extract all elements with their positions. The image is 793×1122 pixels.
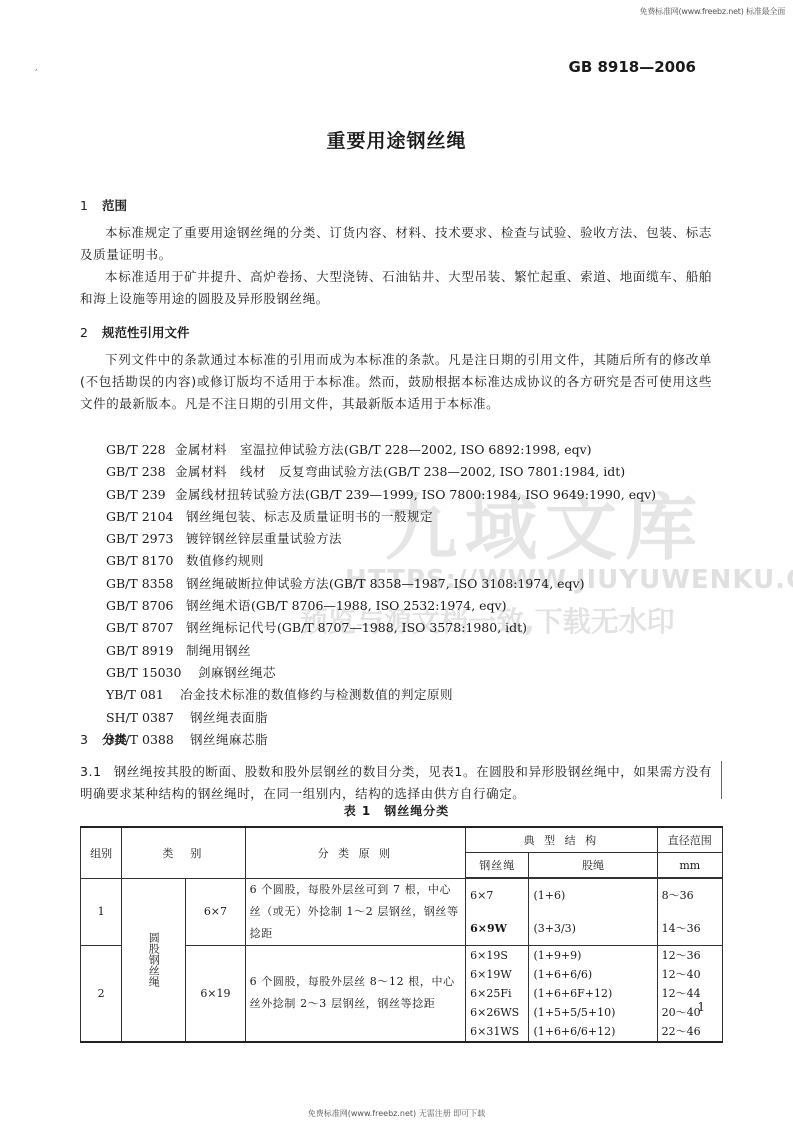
- section-number: 2: [80, 325, 102, 340]
- reference-code: GB/T 238: [106, 461, 175, 483]
- section-2-intro: 下列文件中的条款通过本标准的引用而成为本标准的条款。凡是注日期的引用文件，其随后…: [80, 349, 712, 415]
- reference-note: (GB/T 228—2002, ISO 6892:1998, eqv): [344, 442, 592, 457]
- cell-principle: 6 个圆股，每股外层丝可到 7 根，中心丝（或无）外捻制 1～2 层钢丝，钢丝等…: [245, 878, 466, 945]
- header-principle: 分 类 原 则: [245, 827, 466, 878]
- classification-table: 组别 类 别 分 类 原 则 典 型 结 构 直径范围 钢丝绳 股绳 mm 1 …: [80, 826, 723, 1043]
- reference-title: 冶金技术标准的数值修约与检测数值的判定原则: [180, 687, 453, 702]
- reference-note: (GB/T 8706—1988, ISO 2532:1974, eqv): [251, 598, 506, 613]
- reference-code: GB/T 8707: [106, 617, 186, 639]
- reference-code: GB/T 15030: [106, 662, 198, 684]
- table-row: 1 圆股钢丝绳 6×7 6 个圆股，每股外层丝可到 7 根，中心丝（或无）外捻制…: [81, 878, 723, 912]
- reference-title: 钢丝绳表面脂: [190, 710, 268, 725]
- page-number: 1: [697, 1000, 705, 1014]
- reference-item: YB/T 081冶金技术标准的数值修约与检测数值的判定原则: [106, 684, 656, 706]
- cell-rope: 6×25Fi: [466, 984, 529, 1003]
- reference-item: GB/T 228金属材料 室温拉伸试验方法(GB/T 228—2002, ISO…: [106, 439, 656, 461]
- cell-category: 6×7: [186, 878, 245, 945]
- reference-title: 钢丝绳术语: [186, 598, 251, 613]
- reference-code: GB/T 8358: [106, 573, 186, 595]
- reference-title: 数值修约规则: [186, 553, 264, 568]
- header-unit: mm: [657, 853, 722, 879]
- reference-title: 钢丝绳标记代号: [186, 620, 277, 635]
- reference-code: GB/T 239: [106, 484, 175, 506]
- reference-code: GB/T 8706: [106, 595, 186, 617]
- cell-rope: 6×7: [466, 878, 529, 912]
- reference-item: GB/T 8170数值修约规则: [106, 550, 656, 572]
- header-rope: 钢丝绳: [466, 853, 529, 879]
- section-number: 1: [80, 198, 102, 213]
- standard-code: GB 8918—2006: [569, 58, 696, 76]
- header-category: 类 别: [122, 827, 245, 878]
- header-group: 组别: [81, 827, 122, 878]
- cell-rope: 6×19W: [466, 965, 529, 984]
- reference-item: GB/T 8706钢丝绳术语(GB/T 8706—1988, ISO 2532:…: [106, 595, 656, 617]
- site-bottom-note: 免费标准网(www.freebz.net) 无需注册 即可下载: [0, 1108, 793, 1119]
- cell-strand: (1+6+6/6+12): [529, 1022, 657, 1042]
- cell-strand: (1+6+6/6): [529, 965, 657, 984]
- category-group-label: 圆股钢丝绳: [148, 932, 159, 987]
- reference-item: GB/T 238金属材料 线材 反复弯曲试验方法(GB/T 238—2002, …: [106, 461, 656, 483]
- cell-diameter: 22～46: [657, 1022, 722, 1042]
- reference-title: 剑麻钢丝绳芯: [198, 665, 276, 680]
- reference-code: GB/T 8170: [106, 550, 186, 572]
- section-3-1-para: 3.1钢丝绳按其股的断面、股数和股外层钢丝的数目分类，见表1。在圆股和异形股钢丝…: [80, 761, 712, 805]
- cell-category-group: 圆股钢丝绳: [122, 878, 186, 1042]
- cell-strand: (1+5+5/5+10): [529, 1003, 657, 1022]
- cell-category: 6×19: [186, 945, 245, 1042]
- reference-title: 金属材料 室温拉伸试验方法: [175, 442, 344, 457]
- reference-note: (GB/T 8707—1988, ISO 3578:1980, idt): [277, 620, 527, 635]
- section-1-para-2: 本标准适用于矿井提升、高炉卷扬、大型浇铸、石油钻井、大型吊装、繁忙起重、索道、地…: [80, 266, 712, 310]
- cell-diameter: 20～40: [657, 1003, 722, 1022]
- cell-diameter: 12～40: [657, 965, 722, 984]
- reference-code: GB/T 228: [106, 439, 175, 461]
- header-diameter: 直径范围: [657, 827, 722, 853]
- cell-rope: 6×19S: [466, 945, 529, 965]
- reference-code: GB/T 2104: [106, 506, 186, 528]
- cell-diameter: 12～36: [657, 945, 722, 965]
- subsection-text: 钢丝绳按其股的断面、股数和股外层钢丝的数目分类，见表1。在圆股和异形股钢丝绳中，…: [80, 764, 712, 801]
- cell-rope: 6×9W: [466, 912, 529, 945]
- reference-title: 钢丝绳包装、标志及质量证明书的一般规定: [186, 509, 433, 524]
- cell-group: 1: [81, 878, 122, 945]
- reference-note: (GB/T 239—1999, ISO 7800:1984, ISO 9649:…: [305, 487, 656, 502]
- cell-strand: (1+6+6F+12): [529, 984, 657, 1003]
- cell-rope: 6×31WS: [466, 1022, 529, 1042]
- reference-note: (GB/T 8358—1987, ISO 3108:1974, eqv): [329, 576, 584, 591]
- reference-code: SH/T 0387: [106, 707, 190, 729]
- cell-diameter: 12～44: [657, 984, 722, 1003]
- section-2-heading: 2规范性引用文件: [80, 323, 190, 341]
- reference-title: 金属线材扭转试验方法: [175, 487, 305, 502]
- revision-bar: [721, 761, 722, 799]
- section-title: 范围: [102, 198, 127, 213]
- reference-title: 钢丝绳破断拉伸试验方法: [186, 576, 329, 591]
- header-typical-structure: 典 型 结 构: [466, 827, 657, 853]
- cell-diameter: 14～36: [657, 912, 722, 945]
- reference-item: SH/T 0387钢丝绳表面脂: [106, 707, 656, 729]
- header-strand: 股绳: [529, 853, 657, 879]
- section-title: 规范性引用文件: [102, 325, 190, 340]
- reference-code: GB/T 2973: [106, 528, 186, 550]
- reference-title: 钢丝绳麻芯脂: [190, 732, 268, 747]
- section-number: 3: [80, 732, 102, 747]
- scan-mark: ,: [35, 63, 38, 72]
- reference-list: GB/T 228金属材料 室温拉伸试验方法(GB/T 228—2002, ISO…: [106, 439, 656, 751]
- reference-title: 镀锌钢丝锌层重量试验方法: [186, 531, 342, 546]
- cell-rope: 6×26WS: [466, 1003, 529, 1022]
- reference-item: GB/T 15030剑麻钢丝绳芯: [106, 662, 656, 684]
- section-1-heading: 1范围: [80, 196, 127, 214]
- cell-strand: (3+3/3): [529, 912, 657, 945]
- reference-title: 制绳用钢丝: [186, 643, 251, 658]
- reference-item: GB/T 239金属线材扭转试验方法(GB/T 239—1999, ISO 78…: [106, 484, 656, 506]
- cell-diameter: 8～36: [657, 878, 722, 912]
- table-caption: 表 1 钢丝绳分类: [0, 802, 793, 819]
- section-title: 分类: [102, 732, 127, 747]
- cell-strand: (1+9+9): [529, 945, 657, 965]
- reference-item: SH/T 0388钢丝绳麻芯脂: [106, 729, 656, 751]
- document-title: 重要用途钢丝绳: [0, 126, 793, 153]
- reference-item: GB/T 2104钢丝绳包装、标志及质量证明书的一般规定: [106, 506, 656, 528]
- cell-strand: (1+6): [529, 878, 657, 912]
- reference-item: GB/T 8919制绳用钢丝: [106, 640, 656, 662]
- reference-item: GB/T 8358钢丝绳破断拉伸试验方法(GB/T 8358—1987, ISO…: [106, 573, 656, 595]
- cell-group: 2: [81, 945, 122, 1042]
- cell-principle: 6 个圆股，每股外层丝 8～12 根，中心丝外捻制 2～3 层钢丝，钢丝等捻距: [245, 945, 466, 1042]
- table-header-row: 组别 类 别 分 类 原 则 典 型 结 构 直径范围: [81, 827, 723, 853]
- reference-note: (GB/T 238—2002, ISO 7801:1984, idt): [383, 464, 625, 479]
- site-top-note: 免费标准网(www.freebz.net) 标准最全面: [639, 6, 785, 17]
- subsection-number: 3.1: [80, 764, 102, 779]
- reference-item: GB/T 2973镀锌钢丝锌层重量试验方法: [106, 528, 656, 550]
- reference-code: GB/T 8919: [106, 640, 186, 662]
- section-1-para-1: 本标准规定了重要用途钢丝绳的分类、订货内容、材料、技术要求、检查与试验、验收方法…: [80, 222, 712, 266]
- reference-title: 金属材料 线材 反复弯曲试验方法: [175, 464, 383, 479]
- reference-code: YB/T 081: [106, 684, 180, 706]
- section-3-heading: 3分类: [80, 730, 127, 748]
- reference-item: GB/T 8707钢丝绳标记代号(GB/T 8707—1988, ISO 357…: [106, 617, 656, 639]
